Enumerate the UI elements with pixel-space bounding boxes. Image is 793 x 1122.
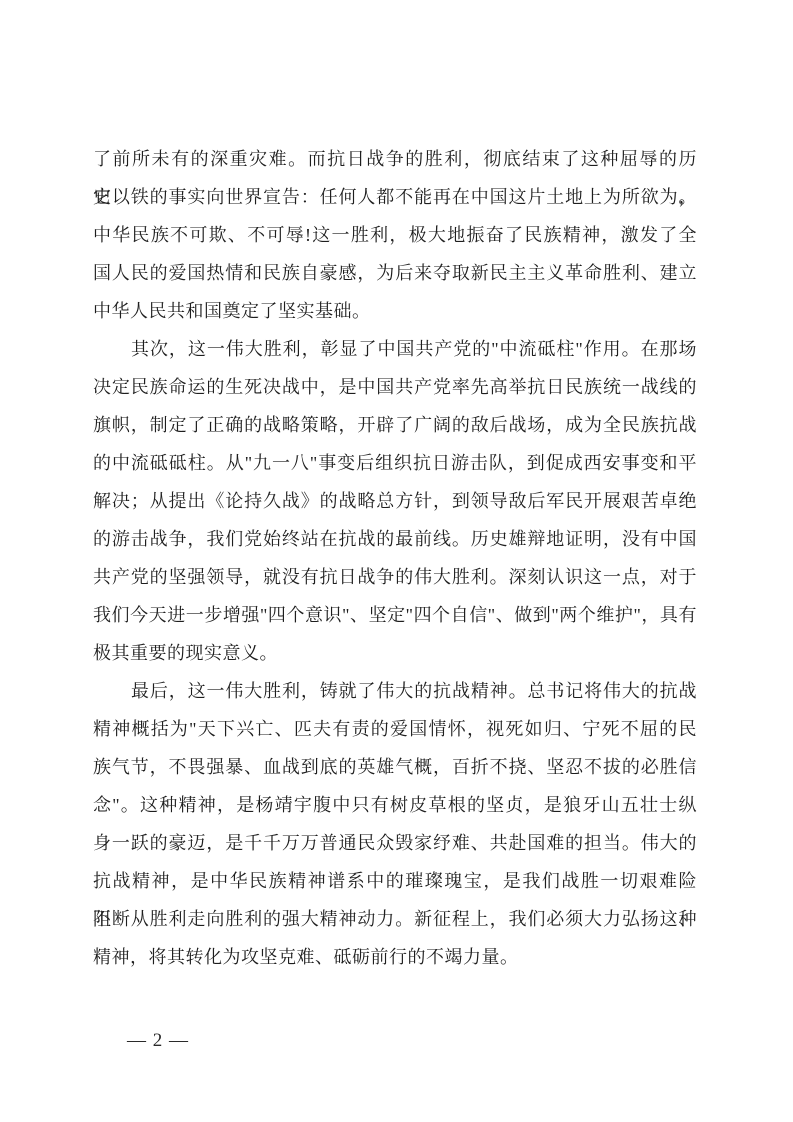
text-line: 我们今天进一步增强"四个意识"、坚定"四个自信"、做到"两个维护"，具有 <box>93 596 697 634</box>
text-line: 不断从胜利走向胜利的强大精神动力。新征程上，我们必须大力弘扬这种 <box>93 900 697 938</box>
text-line: 解决；从提出《论持久战》的战略总方针，到领导敌后军民开展艰苦卓绝 <box>93 482 697 520</box>
text-line: 的游击战争，我们党始终站在抗战的最前线。历史雄辩地证明，没有中国 <box>93 520 697 558</box>
paragraph: 了前所未有的深重灾难。而抗日战争的胜利，彻底结束了这种屈辱的历史。它以铁的事实向… <box>93 140 697 330</box>
text-line: 国人民的爱国热情和民族自豪感，为后来夺取新民主主义革命胜利、建立 <box>93 254 697 292</box>
page-number: — 2 — <box>127 1030 189 1051</box>
text-line: 精神，将其转化为攻坚克难、砥砺前行的不竭力量。 <box>93 938 697 976</box>
paragraph: 最后，这一伟大胜利，铸就了伟大的抗战精神。总书记将伟大的抗战精神概括为"天下兴亡… <box>93 672 697 976</box>
document-page: 了前所未有的深重灾难。而抗日战争的胜利，彻底结束了这种屈辱的历史。它以铁的事实向… <box>0 0 793 1122</box>
text-line: 了前所未有的深重灾难。而抗日战争的胜利，彻底结束了这种屈辱的历史。 <box>93 140 697 178</box>
paragraph: 其次，这一伟大胜利，彰显了中国共产党的"中流砥柱"作用。在那场决定民族命运的生死… <box>93 330 697 672</box>
text-line: 它以铁的事实向世界宣告：任何人都不能再在中国这片土地上为所欲为， <box>93 178 697 216</box>
text-line: 极其重要的现实意义。 <box>93 634 697 672</box>
text-line: 身一跃的豪迈，是千千万万普通民众毁家纾难、共赴国难的担当。伟大的 <box>93 824 697 862</box>
text-line: 其次，这一伟大胜利，彰显了中国共产党的"中流砥柱"作用。在那场 <box>93 330 697 368</box>
text-line: 决定民族命运的生死决战中，是中国共产党率先高举抗日民族统一战线的 <box>93 368 697 406</box>
text-line: 最后，这一伟大胜利，铸就了伟大的抗战精神。总书记将伟大的抗战 <box>93 672 697 710</box>
text-line: 的中流砥砥柱。从"九一八"事变后组织抗日游击队，到促成西安事变和平 <box>93 444 697 482</box>
text-line: 中华民族不可欺、不可辱!这一胜利，极大地振奋了民族精神，激发了全 <box>93 216 697 254</box>
document-body: 了前所未有的深重灾难。而抗日战争的胜利，彻底结束了这种屈辱的历史。它以铁的事实向… <box>93 140 697 976</box>
text-line: 共产党的坚强领导，就没有抗日战争的伟大胜利。深刻认识这一点，对于 <box>93 558 697 596</box>
page-footer: — 2 — <box>127 1028 189 1054</box>
text-line: 念"。这种精神，是杨靖宇腹中只有树皮草根的坚贞，是狼牙山五壮士纵 <box>93 786 697 824</box>
text-line: 中华人民共和国奠定了坚实基础。 <box>93 292 697 330</box>
text-line: 精神概括为"天下兴亡、匹夫有责的爱国情怀，视死如归、宁死不屈的民 <box>93 710 697 748</box>
text-line: 族气节，不畏强暴、血战到底的英雄气概，百折不挠、坚忍不拔的必胜信 <box>93 748 697 786</box>
text-line: 抗战精神，是中华民族精神谱系中的璀璨瑰宝，是我们战胜一切艰难险阻、 <box>93 862 697 900</box>
text-line: 旗帜，制定了正确的战略策略，开辟了广阔的敌后战场，成为全民族抗战 <box>93 406 697 444</box>
